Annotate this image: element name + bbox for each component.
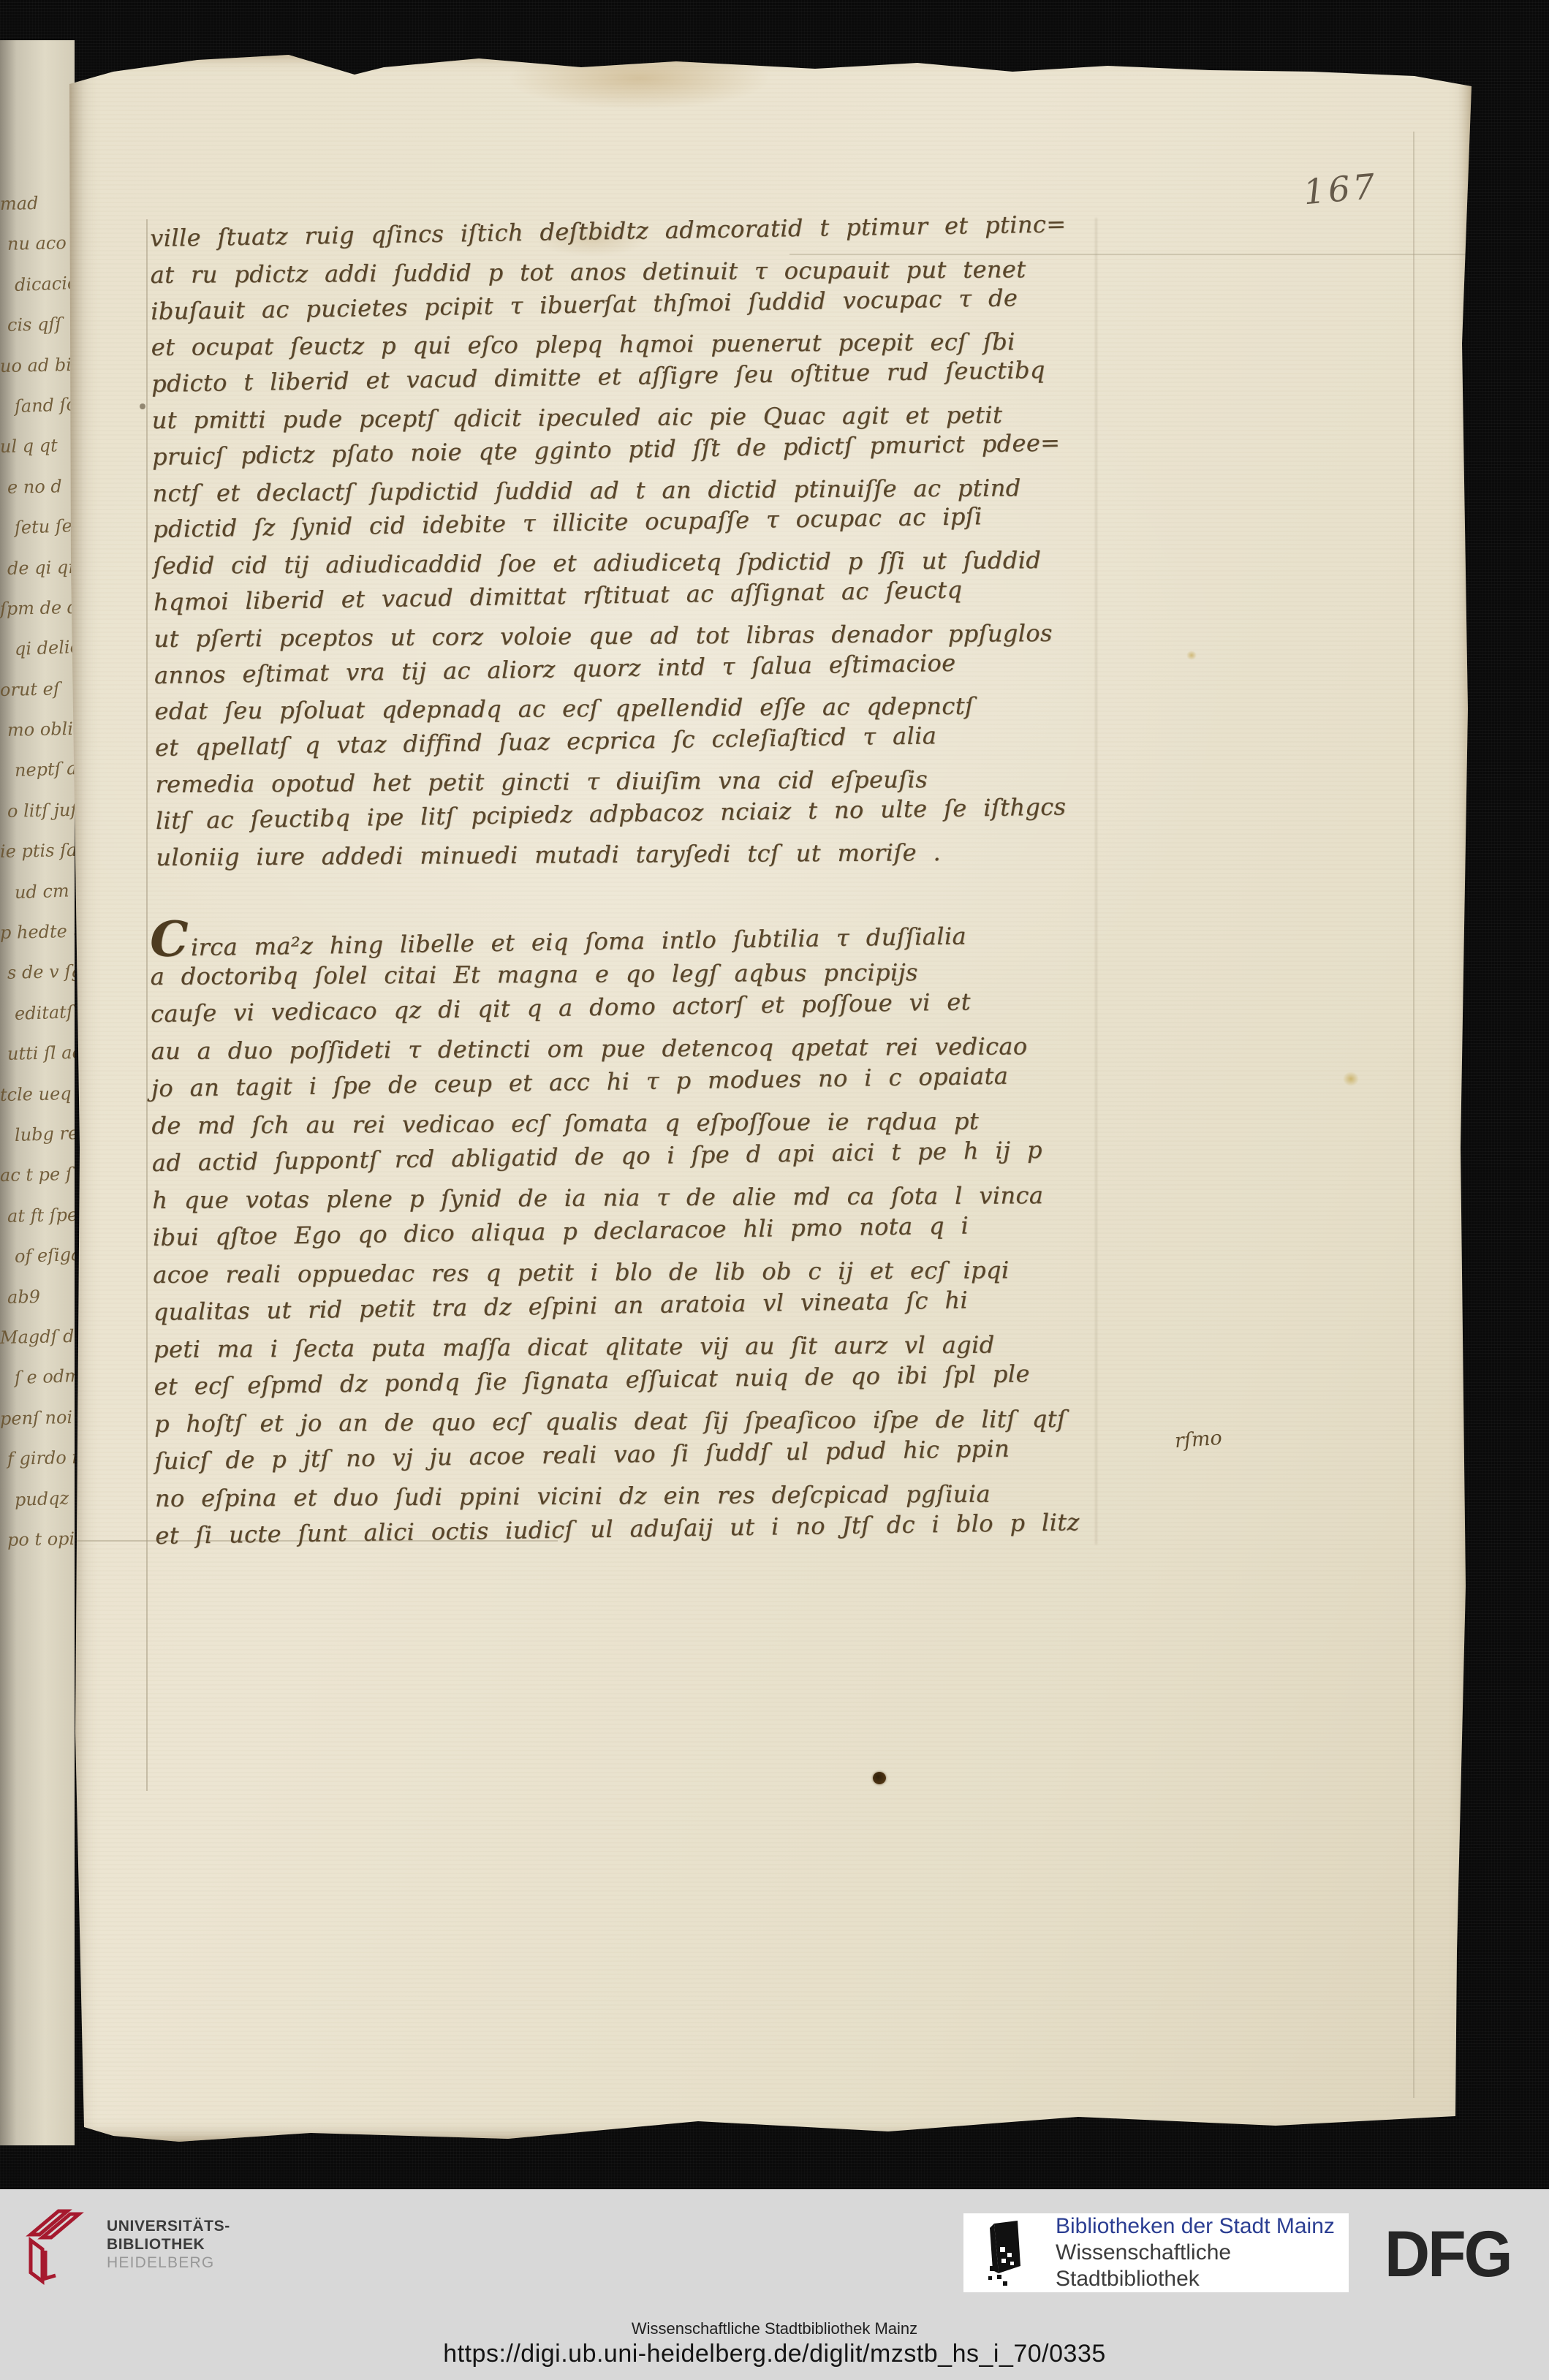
edge-text-fragment: utti ſl ao xyxy=(0,1033,74,1075)
mainz-line-stadtbibliothek: Wissenschaftliche Stadtbibliothek xyxy=(1056,2240,1349,2292)
edge-text-fragment: ie ptis ſa xyxy=(0,830,74,872)
margin-annotation: rſmo xyxy=(1174,1427,1223,1452)
edge-text-fragment: e no d xyxy=(0,466,74,508)
manuscript-text-line: Circa ma²z hing libelle et eiq ſoma intl… xyxy=(150,905,1247,958)
edge-text-fragment: mad xyxy=(0,183,74,224)
edge-text-fragment: neptſ ad q xyxy=(0,749,74,792)
edge-text-fragment: qi delicto u xyxy=(0,628,74,671)
edge-text-fragment: ſ e odmig xyxy=(0,1357,74,1400)
prev-page-edge: madnu acodicacio qcis qſſuo ad biſand ſo… xyxy=(0,40,75,2145)
paper-speck xyxy=(140,403,145,409)
paper-stain xyxy=(1343,1072,1359,1086)
edge-text-fragment: Magdſ d xyxy=(0,1316,74,1358)
prev-page-text-fragments: madnu acodicacio qcis qſſuo ad biſand ſo… xyxy=(0,183,73,1560)
edge-text-fragment: mo obliai xyxy=(0,709,74,751)
edge-text-fragment: cis qſſ xyxy=(0,304,74,346)
edge-text-fragment: f girdo i xyxy=(0,1438,74,1479)
edge-text-fragment: po t opid xyxy=(0,1519,74,1561)
edge-text-fragment: ac t pe ſ xyxy=(0,1154,74,1196)
edge-text-fragment: ſetu ſe z q xyxy=(0,506,74,549)
ruling-line-left xyxy=(146,219,148,1791)
mainz-book-icon xyxy=(981,2219,1039,2286)
edge-text-fragment: de qi qr xyxy=(0,547,74,588)
ruling-line-right xyxy=(1413,132,1414,2098)
text-block-first-section: ville ſtuatz ruig qſincs iſtich deſtbidt… xyxy=(150,211,1253,912)
ub-heidelberg-wordmark: UNIVERSITÄTS- BIBLIOTHEK HEIDELBERG xyxy=(107,2205,230,2287)
edge-text-fragment: dicacio q xyxy=(0,263,74,306)
mainz-line-bibliotheken: Bibliotheken der Stadt Mainz xyxy=(1056,2213,1349,2240)
mainz-library-logo-box: Bibliotheken der Stadt Mainz Wissenschaf… xyxy=(963,2213,1349,2292)
paper-stain xyxy=(508,51,771,110)
edge-text-fragment: at ft ſpeaſ xyxy=(0,1195,74,1237)
edge-text-fragment: of eſiga pa xyxy=(0,1235,74,1278)
edge-text-fragment: pudqz alud xyxy=(0,1478,74,1521)
edge-text-fragment: s de v ſgi xyxy=(0,952,74,993)
edge-text-fragment: nu aco xyxy=(0,223,74,265)
footer-url: https://digi.ub.uni-heidelberg.de/diglit… xyxy=(0,2340,1549,2368)
edge-text-fragment: penſ noi xyxy=(0,1398,74,1439)
ub-heidelberg-book-icon xyxy=(20,2205,96,2287)
photo-stage: madnu acodicacio qcis qſſuo ad biſand ſo… xyxy=(0,0,1549,2380)
mainz-wordmark: Bibliotheken der Stadt Mainz Wissenschaf… xyxy=(1056,2213,1349,2292)
ub-heidelberg-logo-block: UNIVERSITÄTS- BIBLIOTHEK HEIDELBERG xyxy=(20,2205,230,2287)
edge-text-fragment: orut eſ xyxy=(0,669,74,710)
edge-text-fragment: o litſ juſ xyxy=(0,790,74,832)
edge-text-fragment: ul q qt xyxy=(0,425,74,467)
edge-text-fragment: lubg rebſ xyxy=(0,1113,74,1156)
text-block-circa-section: Circa ma²z hing libelle et eiq ſoma intl… xyxy=(150,912,1252,1555)
manuscript-page: 167 ville ſtuatz ruig qſincs iſtich deſt… xyxy=(69,51,1472,2142)
manuscript-text-line: ville ſtuatz ruig qſincs iſtich deſtbidt… xyxy=(150,203,1247,257)
ub-line-bibliothek: BIBLIOTHEK xyxy=(107,2235,230,2254)
dfg-logo: DFG xyxy=(1385,2217,1511,2292)
edge-text-fragment: tcle ueq xyxy=(0,1074,74,1115)
edge-text-fragment: editatſ fin xyxy=(0,992,74,1035)
wormhole-dot xyxy=(873,1772,886,1784)
footer-bar: UNIVERSITÄTS- BIBLIOTHEK HEIDELBERG Bibl… xyxy=(0,2189,1549,2380)
edge-text-fragment: p hedte q xyxy=(0,912,74,953)
edge-text-fragment: ſand ſo xyxy=(0,384,74,428)
footer-caption: Wissenschaftliche Stadtbibliothek Mainz xyxy=(0,2319,1549,2338)
edge-text-fragment: ſpm de d xyxy=(0,588,74,629)
edge-text-fragment: ab9 xyxy=(0,1276,74,1318)
edge-text-fragment: ud cm pi xyxy=(0,871,74,914)
folio-number: 167 xyxy=(1302,167,1379,213)
ub-line-heidelberg: HEIDELBERG xyxy=(107,2254,230,2272)
ub-line-universitaets: UNIVERSITÄTS- xyxy=(107,2217,230,2235)
edge-text-fragment: uo ad bi xyxy=(0,345,74,387)
